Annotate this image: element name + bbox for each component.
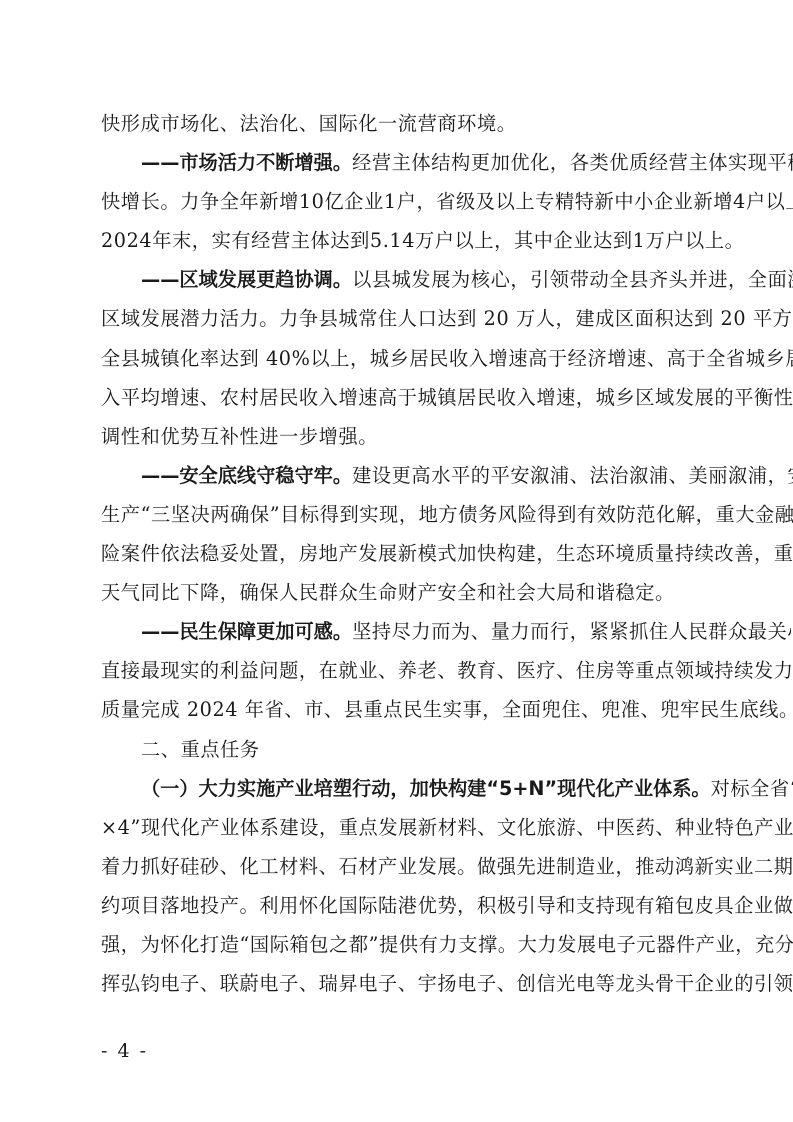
subsection-heading-industry: （一）大力实施产业培塑行动，加快构建“5+N”现代化产业体系。对标全省“4	[101, 769, 695, 808]
page-number: - 4 -	[101, 1040, 148, 1062]
bold-lead: （一）大力实施产业培塑行动，加快构建“5+N”现代化产业体系。	[141, 777, 711, 800]
bold-lead: ——安全底线守稳守牢。	[141, 464, 352, 487]
paragraph-line: 入平均增速、农村居民收入增速高于城镇居民收入增速，城乡区域发展的平衡性、协	[101, 378, 695, 417]
paragraph-heading-regional-development: ——区域发展更趋协调。以县城发展为核心，引领带动全县齐头并进，全面激发	[101, 260, 695, 299]
paragraph-heading-safety: ——安全底线守稳守牢。建设更高水平的平安溆浦、法治溆浦、美丽溆浦，安全	[101, 456, 695, 495]
paragraph-line: 区域发展潜力活力。力争县城常住人口达到 20 万人，建成区面积达到 20 平方公…	[101, 299, 695, 338]
paragraph-line: 天气同比下降，确保人民群众生命财产安全和社会大局和谐稳定。	[101, 573, 695, 612]
paragraph-line: 2024年末，实有经营主体达到5.14万户以上，其中企业达到1万户以上。	[101, 221, 695, 260]
paragraph-line: 挥弘钧电子、联蔚电子、瑞昇电子、宇扬电子、创信光电等龙头骨干企业的引领作用，	[101, 964, 695, 1003]
paragraph-line: 生产“三坚决两确保”目标得到实现，地方债务风险得到有效防范化解，重大金融风	[101, 495, 695, 534]
document-page: 快形成市场化、法治化、国际化一流营商环境。 ——市场活力不断增强。经营主体结构更…	[101, 104, 695, 1003]
paragraph-line: 直接最现实的利益问题，在就业、养老、教育、医疗、住房等重点领域持续发力，高	[101, 651, 695, 690]
paragraph-line: 快形成市场化、法治化、国际化一流营商环境。	[101, 104, 695, 143]
paragraph-line: 全县城镇化率达到 40%以上，城乡居民收入增速高于经济增速、高于全省城乡居民收	[101, 339, 695, 378]
paragraph-line: 质量完成 2024 年省、市、县重点民生实事，全面兜住、兜准、兜牢民生底线。	[101, 690, 695, 729]
paragraph-line: 强，为怀化打造“国际箱包之都”提供有力支撑。大力发展电子元器件产业，充分发	[101, 925, 695, 964]
paragraph-heading-market-vitality: ——市场活力不断增强。经营主体结构更加优化，各类优质经营主体实现平稳较	[101, 143, 695, 182]
paragraph-line: 约项目落地投产。利用怀化国际陆港优势，积极引导和支持现有箱包皮具企业做大做	[101, 886, 695, 925]
paragraph-line: 险案件依法稳妥处置，房地产发展新模式加快构建，生态环境质量持续改善，重污染	[101, 534, 695, 573]
bold-lead: ——区域发展更趋协调。	[141, 268, 352, 291]
section-heading-key-tasks: 二、重点任务	[101, 730, 695, 769]
paragraph-line: 快增长。力争全年新增10亿企业1户，省级及以上专精特新中小企业新增4户以上。到	[101, 182, 695, 221]
paragraph-line: ×4”现代化产业体系建设，重点发展新材料、文化旅游、中医药、种业特色产业集群，	[101, 808, 695, 847]
bold-lead: ——市场活力不断增强。	[141, 151, 352, 174]
paragraph-line: 调性和优势互补性进一步增强。	[101, 417, 695, 456]
paragraph-heading-livelihood: ——民生保障更加可感。坚持尽力而为、量力而行，紧紧抓住人民群众最关心最	[101, 612, 695, 651]
bold-lead: ——民生保障更加可感。	[141, 620, 352, 643]
paragraph-line: 着力抓好硅砂、化工材料、石材产业发展。做强先进制造业，推动鸿新实业二期等签	[101, 847, 695, 886]
